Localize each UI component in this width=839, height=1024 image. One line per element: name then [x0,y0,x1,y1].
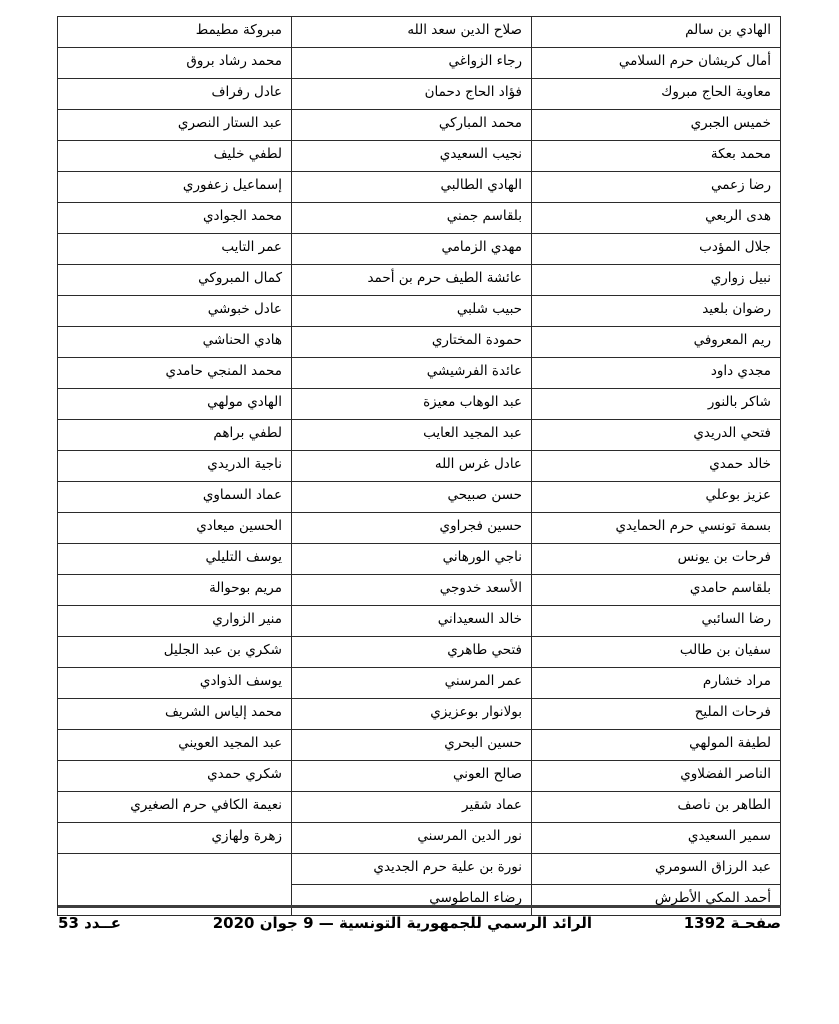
name-cell: نبيل زواري [532,265,781,296]
name-cell: هدى الربعي [532,203,781,234]
table-row: جلال المؤدبمهدي الزماميعمر التايب [58,234,781,265]
page-background: الهادي بن سالمصلاح الدين سعد اللهمبروكة … [0,0,839,1024]
name-cell: حسين البحري [292,730,532,761]
table-row: مجدي داودعائدة الفرشيشيمحمد المنجي حامدي [58,358,781,389]
table-row: خالد حمديعادل غرس اللهناجية الدريدي [58,451,781,482]
name-cell: زهرة ولهازي [58,823,292,854]
name-cell: فؤاد الحاج دحمان [292,79,532,110]
table-row: الهادي بن سالمصلاح الدين سعد اللهمبروكة … [58,17,781,48]
name-cell: صالح العوني [292,761,532,792]
name-cell: عماد شقير [292,792,532,823]
name-cell: رضا زعمي [532,172,781,203]
name-cell: بلقاسم حامدي [532,575,781,606]
name-cell: جلال المؤدب [532,234,781,265]
name-cell: عائشة الطيف حرم بن أحمد [292,265,532,296]
name-cell: رضوان بلعيد [532,296,781,327]
name-cell: رضا السائبي [532,606,781,637]
name-cell: أحمد المكي الأطرش [532,885,781,916]
name-cell: سمير السعيدي [532,823,781,854]
name-cell: كمال المبروكي [58,265,292,296]
name-cell: عادل غرس الله [292,451,532,482]
name-cell: لطفي خليف [58,141,292,172]
name-cell: بسمة تونسي حرم الحمايدي [532,513,781,544]
table-row: رضا السائبيخالد السعيدانيمنير الزواري [58,606,781,637]
name-cell: الهادي بن سالم [532,17,781,48]
gazette-page: { "colors": { "background": "#ffffff", "… [0,0,839,1024]
table-row: رضا زعميالهادي الطالبيإسماعيل زعفوري [58,172,781,203]
name-cell: الأسعد خدوجي [292,575,532,606]
name-cell: مهدي الزمامي [292,234,532,265]
name-cell: محمد بعكة [532,141,781,172]
table-row: ريم المعروفيحمودة المختاريهادي الحناشي [58,327,781,358]
name-cell: ناجي الورهاني [292,544,532,575]
table-row: نبيل زواريعائشة الطيف حرم بن أحمدكمال ال… [58,265,781,296]
footer: صفحـة 1392 الرائد الرسمي للجمهورية التون… [58,914,781,932]
name-cell: خميس الجبري [532,110,781,141]
table-row: أمال كريشان حرم السلاميرجاء الزواغيمحمد … [58,48,781,79]
table-row: لطيفة المولهيحسين البحريعبد المجيد العوي… [58,730,781,761]
name-cell: عبد المجيد العويني [58,730,292,761]
name-cell: فتحي الدريدي [532,420,781,451]
name-cell: مريم بوحوالة [58,575,292,606]
name-cell: الناصر الفضلاوي [532,761,781,792]
table-row: خميس الجبريمحمد المباركيعبد الستار النصر… [58,110,781,141]
table-row: الطاهر بن ناصفعماد شقيرنعيمة الكافي حرم … [58,792,781,823]
table-row: فرحات بن يونسناجي الورهانييوسف التليلي [58,544,781,575]
name-cell: معاوية الحاج مبروك [532,79,781,110]
footer-issue-number: عــدد 53 [58,914,121,932]
name-cell: حبيب شلبي [292,296,532,327]
table-row: بلقاسم حامديالأسعد خدوجيمريم بوحوالة [58,575,781,606]
name-cell: مبروكة مطيمط [58,17,292,48]
name-cell: صلاح الدين سعد الله [292,17,532,48]
name-cell: الحسين ميعادي [58,513,292,544]
table-row: فرحات المليحبولانوار بوعزيزيمحمد إلياس ا… [58,699,781,730]
name-cell: ريم المعروفي [532,327,781,358]
footer-rule [58,905,781,908]
name-cell: محمد الجوادي [58,203,292,234]
name-cell: عمر التايب [58,234,292,265]
table-row: فتحي الدريديعبد المجيد العايبلطفي براهم [58,420,781,451]
name-cell: محمد رشاد بروق [58,48,292,79]
name-cell: عماد السماوي [58,482,292,513]
name-cell: بلقاسم جمني [292,203,532,234]
name-cell: نور الدين المرسني [292,823,532,854]
name-cell: شكري بن عبد الجليل [58,637,292,668]
name-cell: عبد الوهاب معيزة [292,389,532,420]
name-cell: عبد المجيد العايب [292,420,532,451]
table-row: شاكر بالنورعبد الوهاب معيزةالهادي مولهي [58,389,781,420]
name-cell: عبد الرزاق السومري [532,854,781,885]
table-row: رضوان بلعيدحبيب شلبيعادل خبوشي [58,296,781,327]
footer-journal-title: الرائد الرسمي للجمهورية التونسية — 9 جوا… [213,914,592,932]
name-cell: سفيان بن طالب [532,637,781,668]
name-cell: خالد حمدي [532,451,781,482]
name-cell: مراد خشارم [532,668,781,699]
name-cell: حسن صبيحي [292,482,532,513]
name-cell: نعيمة الكافي حرم الصغيري [58,792,292,823]
name-cell: محمد المنجي حامدي [58,358,292,389]
name-cell: رضاء الماطوسي [292,885,532,916]
name-cell: بولانوار بوعزيزي [292,699,532,730]
name-cell: محمد إلياس الشريف [58,699,292,730]
name-cell: عبد الستار النصري [58,110,292,141]
name-cell: لطيفة المولهي [532,730,781,761]
table-row: مراد خشارمعمر المرسنييوسف الذوادي [58,668,781,699]
name-cell: عادل رفراف [58,79,292,110]
footer-page-number: صفحـة 1392 [684,914,781,932]
name-cell: عمر المرسني [292,668,532,699]
name-cell: الهادي الطالبي [292,172,532,203]
table-row: محمد بعكةنجيب السعيديلطفي خليف [58,141,781,172]
name-cell: أمال كريشان حرم السلامي [532,48,781,79]
table-row: عزيز بوعليحسن صبيحيعماد السماوي [58,482,781,513]
name-cell: فرحات بن يونس [532,544,781,575]
names-table: الهادي بن سالمصلاح الدين سعد اللهمبروكة … [57,16,781,916]
name-cell: عادل خبوشي [58,296,292,327]
name-cell: حسين فجراوي [292,513,532,544]
name-cell: منير الزواري [58,606,292,637]
name-cell: حمودة المختاري [292,327,532,358]
table-row: عبد الرزاق السومرينورة بن علية حرم الجدي… [58,854,781,885]
name-cell: خالد السعيداني [292,606,532,637]
table-row: سمير السعيدينور الدين المرسنيزهرة ولهازي [58,823,781,854]
table-row: الناصر الفضلاويصالح العونيشكري حمدي [58,761,781,792]
name-cell: عائدة الفرشيشي [292,358,532,389]
name-cell: محمد المباركي [292,110,532,141]
name-cell: الطاهر بن ناصف [532,792,781,823]
name-cell: شكري حمدي [58,761,292,792]
table-row: سفيان بن طالبفتحي طاهريشكري بن عبد الجلي… [58,637,781,668]
name-cell: نورة بن علية حرم الجديدي [292,854,532,885]
name-cell: عزيز بوعلي [532,482,781,513]
name-cell: هادي الحناشي [58,327,292,358]
name-cell: إسماعيل زعفوري [58,172,292,203]
name-cell: يوسف الذوادي [58,668,292,699]
table-row: معاوية الحاج مبروكفؤاد الحاج دحمانعادل ر… [58,79,781,110]
names-table-body: الهادي بن سالمصلاح الدين سعد اللهمبروكة … [58,17,781,916]
name-cell: مجدي داود [532,358,781,389]
name-cell: فرحات المليح [532,699,781,730]
name-cell: رجاء الزواغي [292,48,532,79]
table-row: بسمة تونسي حرم الحمايديحسين فجراويالحسين… [58,513,781,544]
names-table-container: الهادي بن سالمصلاح الدين سعد اللهمبروكة … [58,16,781,916]
name-cell: شاكر بالنور [532,389,781,420]
name-cell: فتحي طاهري [292,637,532,668]
name-cell: الهادي مولهي [58,389,292,420]
name-cell: نجيب السعيدي [292,141,532,172]
table-row: هدى الربعيبلقاسم جمنيمحمد الجوادي [58,203,781,234]
name-cell: يوسف التليلي [58,544,292,575]
name-cell: لطفي براهم [58,420,292,451]
name-cell: ناجية الدريدي [58,451,292,482]
